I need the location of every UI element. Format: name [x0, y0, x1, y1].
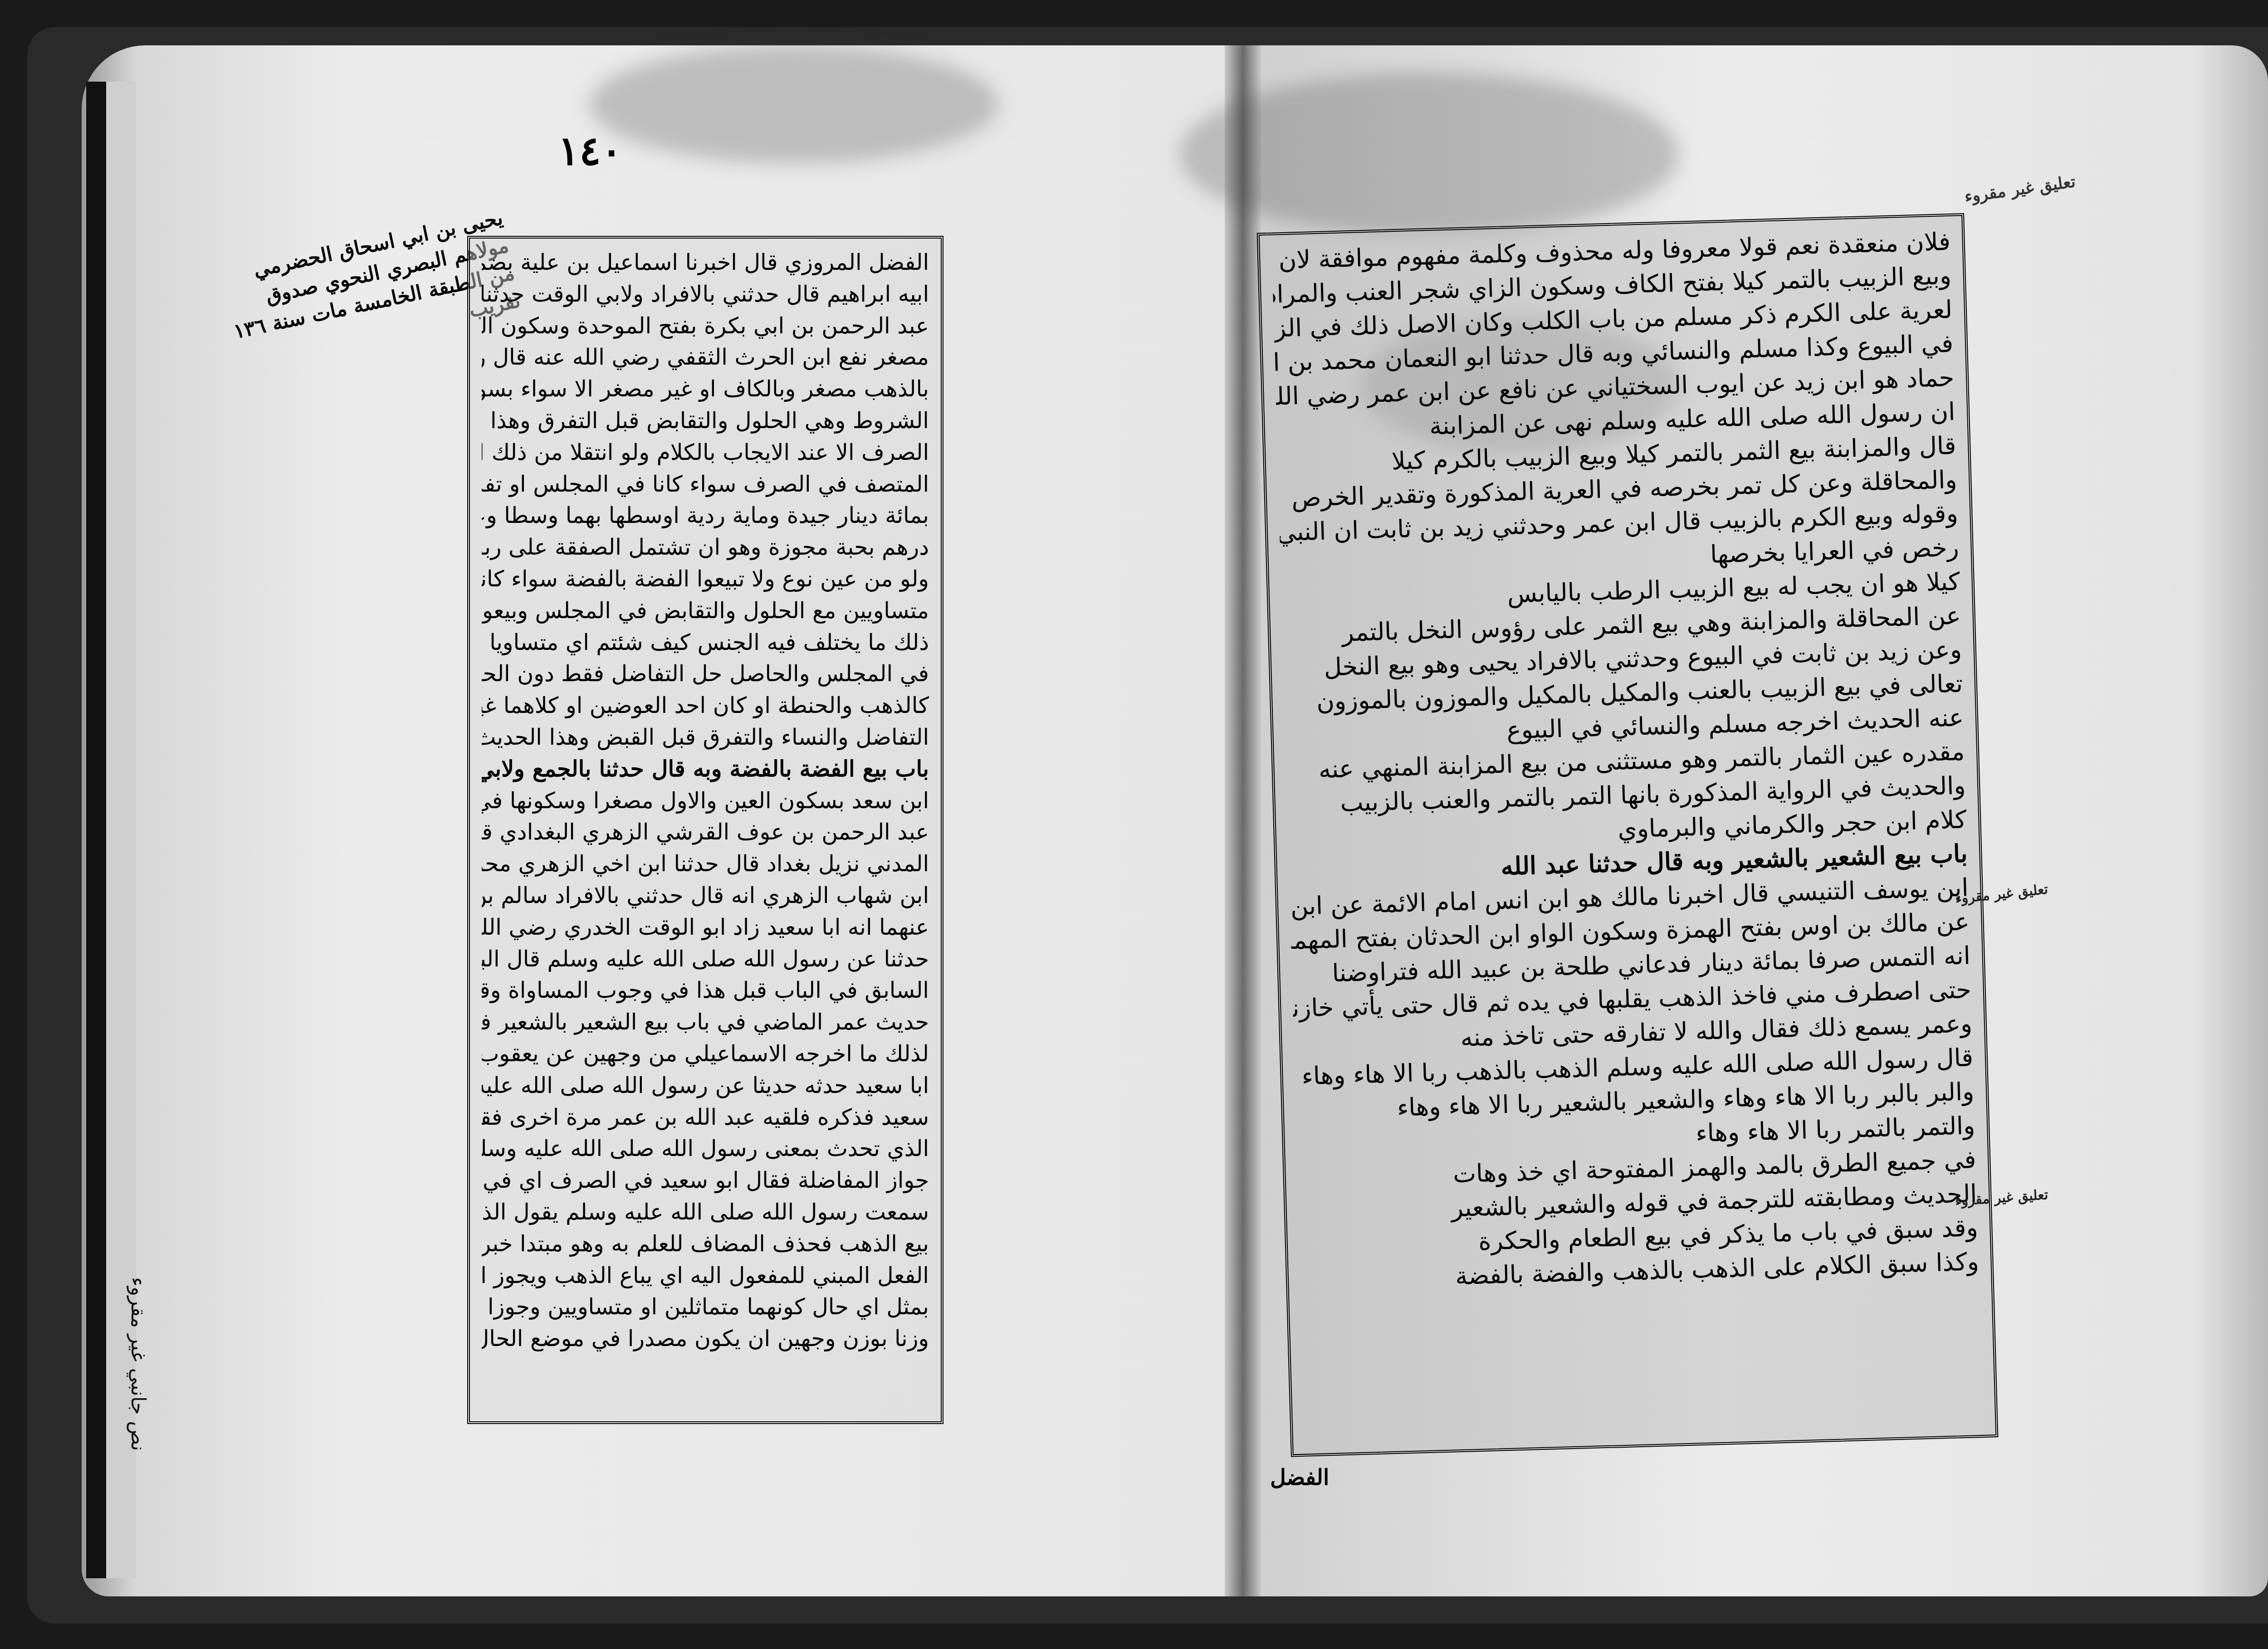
- text-line: جواز المفاضلة فقال ابو سعيد في الصرف اي …: [482, 1165, 929, 1196]
- text-line: بمثل اي حال كونهما متماثلين او متساويين …: [482, 1291, 929, 1323]
- text-line: بالذهب مصغر وبالكاف او غير مصغر الا سواء…: [482, 373, 929, 405]
- text-line: سعيد فذكره فلقيه عبد الله بن عمر مرة اخر…: [482, 1102, 929, 1133]
- text-line: درهم بحبة مجوزة وهو ان تشتمل الصفقة على …: [482, 532, 929, 563]
- text-line: ذلك ما يختلف فيه الجنس كيف شئتم اي متساو…: [482, 627, 929, 659]
- text-line: ابن سعد بسكون العين والاول مصغرا وسكونها…: [482, 785, 929, 817]
- text-line: ابيه ابراهيم قال حدثني بالافراد ولابي ال…: [482, 278, 929, 310]
- water-stain: [590, 45, 998, 163]
- text-line: المتصف في الصرف سواء كانا في المجلس او ت…: [482, 468, 929, 500]
- water-stain: [1179, 73, 1678, 236]
- book-gutter: [1225, 45, 1261, 1596]
- text-line: كالذهب والحنطة او كان احد العوضين او كلا…: [482, 690, 929, 722]
- text-line: ابا سعيد حدثه حديثا عن رسول الله صلى الل…: [482, 1070, 929, 1102]
- text-line: حديث عمر الماضي في باب بيع الشعير بالشعي…: [482, 1006, 929, 1038]
- text-line: عبد الرحمن بن عوف القرشي الزهري البغدادي…: [482, 816, 929, 848]
- page-number: ١٤٠: [558, 127, 622, 174]
- text-line: باب بيع الفضة بالفضة وبه قال حدثنا بالجم…: [482, 753, 929, 785]
- text-line: عنهما انه ابا سعيد زاد ابو الوقت الخدري …: [482, 912, 929, 943]
- text-line: السابق في الباب قبل هذا في وجوب المساواة…: [482, 975, 929, 1006]
- text-line: عبد الرحمن بن ابي بكرة بفتح الموحدة وسكو…: [482, 310, 929, 342]
- right-text-block: فلان منعقدة نعم قولا معروفا وله محذوف وك…: [1257, 213, 1999, 1457]
- text-line: لذلك ما اخرجه الاسماعيلي من وجهين عن يعق…: [482, 1038, 929, 1070]
- text-line: الفعل المبني للمفعول اليه اي يباع الذهب …: [482, 1260, 929, 1292]
- text-line: حدثنا عن رسول الله صلى الله عليه وسلم قا…: [482, 943, 929, 975]
- text-line: ولو من عين نوع ولا تبيعوا الفضة بالفضة س…: [482, 563, 929, 595]
- text-line: وزنا بوزن وجهين ان يكون مصدرا في موضع ال…: [482, 1323, 929, 1355]
- text-line: ابن شهاب الزهري انه قال حدثني بالافراد س…: [482, 880, 929, 912]
- text-line: بيع الذهب فحذف المضاف للعلم به وهو مبتدا…: [482, 1228, 929, 1260]
- text-line: سمعت رسول الله صلى الله عليه وسلم يقول ا…: [482, 1196, 929, 1228]
- text-line: المدني نزيل بغداد قال حدثنا ابن اخي الزه…: [482, 848, 929, 880]
- text-line: الشروط وهي الحلول والتقابض قبل التفرق وه…: [482, 405, 929, 437]
- text-line: مصغر نفع ابن الحرث الثقفي رضي الله عنه ق…: [482, 342, 929, 373]
- text-line: الصرف الا عند الايجاب بالكلام ولو انتقلا…: [482, 437, 929, 468]
- spine-text: نص جانبي غير مقروء: [109, 907, 150, 1451]
- text-line: في المجلس والحاصل حل التفاضل فقط دون الح…: [482, 658, 929, 690]
- text-line: الذي تحدث بمعنى رسول الله صلى الله عليه …: [482, 1133, 929, 1165]
- catchword: الفضل: [1270, 1465, 1329, 1490]
- left-text-block: الفضل المروزي قال اخبرنا اسماعيل بن علية…: [467, 236, 943, 1424]
- text-line: متساويين مع الحلول والتقابض في المجلس وب…: [482, 595, 929, 627]
- text-line: بمائة دينار جيدة وماية ردية اوسطها بهما …: [482, 500, 929, 532]
- text-line: التفاضل والنساء والتفرق قبل القبض وهذا ا…: [482, 722, 929, 753]
- text-line: الفضل المروزي قال اخبرنا اسماعيل بن علية…: [482, 247, 929, 278]
